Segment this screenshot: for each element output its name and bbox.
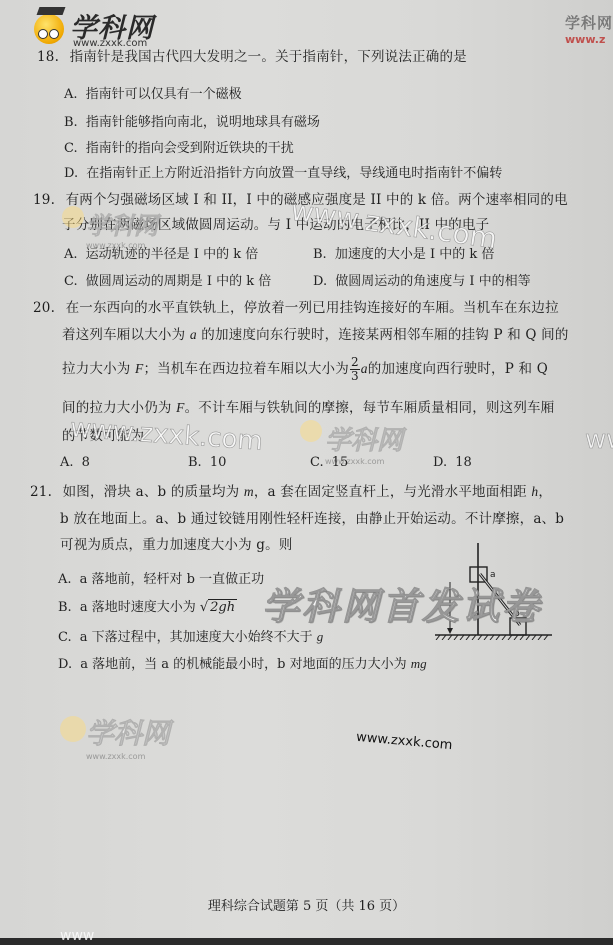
option-label: B. (188, 455, 202, 470)
q21-option-a: A. a 落地前，轻杆对 b 一直做正功 (58, 568, 264, 587)
q21-option-b: B. a 落地时速度大小为 √2gh (58, 596, 237, 615)
q18-option-a: A. 指南针可以仅具有一个磁极 (64, 83, 242, 102)
option-label: A. (58, 572, 72, 587)
graduation-cap-icon (37, 7, 66, 15)
q21-option-d: D. a 落地前，当 a 的机械能最小时，b 对地面的压力大小为 mg (58, 653, 427, 672)
variable-a: a (190, 327, 197, 342)
watermark-url-dark[interactable]: www.zxxk.com (356, 730, 453, 753)
corner-logo: 学科网 www.z (565, 12, 613, 46)
exam-page: 学科网 www.zxxk.com 学科网 www.z 18. 指南针是我国古代四… (0, 0, 613, 945)
option-label: C. (58, 630, 72, 645)
option-text: a 下落过程中，其加速度大小始终不大于 (80, 630, 313, 645)
q19-option-d: D. 做圆周运动的角速度与 I 中的相等 (313, 270, 531, 289)
option-label: C. (64, 141, 78, 156)
fraction-two-thirds: 23 (350, 356, 360, 383)
text-segment: 的加速度向西行驶时，P 和 Q (368, 361, 548, 377)
option-label: C. (310, 455, 324, 470)
variable-f: F (176, 400, 184, 415)
option-label: B. (64, 115, 78, 130)
watermark-logo-url: www.zxxk.com (325, 457, 403, 466)
watermark-banner: 学科网首发试卷 (262, 576, 542, 630)
q20-option-b: B. 10 (188, 455, 226, 470)
option-label: D. (64, 166, 78, 181)
text-segment: 如图，滑块 a、b 的质量均为 (63, 484, 240, 500)
site-logo[interactable]: 学科网 www.zxxk.com (30, 4, 180, 50)
question-18: 18. 指南针是我国古代四大发明之一。关于指南针，下列说法正确的是 (37, 48, 467, 66)
watermark-url-partial: www (585, 425, 613, 455)
option-label: D. (58, 657, 72, 672)
option-text: 18 (455, 455, 472, 470)
option-label: A. (60, 455, 74, 470)
variable-mg: mg (411, 656, 427, 671)
question-stem: 指南针是我国古代四大发明之一。关于指南针，下列说法正确的是 (70, 49, 467, 65)
question-20: 20. 在一东西向的水平直铁轨上，停放着一列已用挂钩连接好的车厢。当机车在东边拉 (33, 299, 559, 317)
question-number: 18. (37, 49, 59, 65)
option-label: D. (433, 455, 447, 470)
option-text: 在指南针正上方附近沿指针方向放置一直导线，导线通电时指南针不偏转 (86, 166, 502, 181)
question-stem-line1: 在一东西向的水平直铁轨上，停放着一列已用挂钩连接好的车厢。当机车在东边拉 (66, 300, 559, 316)
q18-option-d: D. 在指南针正上方附近沿指针方向放置一直导线，导线通电时指南针不偏转 (64, 162, 502, 181)
question-21: 21. 如图，滑块 a、b 的质量均为 m，a 套在固定竖直杆上，与光滑水平地面… (30, 483, 552, 501)
text-segment: ， (538, 484, 552, 500)
text-segment: 拉力大小为 (62, 361, 131, 377)
text-segment: ，a 套在固定竖直杆上，与光滑水平地面相距 (254, 484, 527, 500)
watermark-mascot-icon (60, 716, 86, 742)
sqrt-expression: √2gh (200, 600, 237, 615)
option-label: D. (313, 274, 327, 289)
question-20-line3: 拉力大小为 F；当机车在西边拉着车厢以大小为23a的加速度向西行驶时，P 和 Q (62, 356, 548, 383)
option-text: 指南针可以仅具有一个磁极 (86, 87, 242, 102)
q20-option-d: D. 18 (433, 455, 472, 470)
variable-m: m (244, 484, 254, 499)
page-footer: 理科综合试题第 5 页（共 16 页） (0, 895, 613, 914)
watermark-logo-name: 学科网 (325, 426, 403, 456)
text-segment: ；当机车在西边拉着车厢以大小为 (143, 361, 349, 377)
watermark-logo-name: 学科网 (86, 212, 158, 240)
question-21-line3: 可视为质点，重力加速度大小为 g。则 (60, 536, 293, 554)
fraction-denominator: 3 (350, 370, 360, 383)
watermark-mascot-icon (300, 420, 322, 442)
variable-a: a (361, 361, 368, 376)
option-text: a 落地时速度大小为 (80, 600, 196, 615)
q18-option-b: B. 指南针能够指向南北，说明地球具有磁场 (64, 111, 320, 130)
option-text: 8 (82, 455, 90, 470)
text-segment: 着这列车厢以大小为 (62, 327, 185, 343)
watermark-logo-url: www.zxxk.com (86, 752, 170, 761)
watermark-logo: 学科网 www.zxxk.com (86, 206, 158, 250)
watermark-mascot-icon (62, 206, 84, 228)
question-20-line2: 着这列车厢以大小为 a 的加速度向东行驶时，连接某两相邻车厢的挂钩 P 和 Q … (62, 326, 569, 344)
question-21-line2: b 放在地面上。a、b 通过铰链用刚性轻杆连接，由静止开始运动。不计摩擦，a、b (60, 510, 564, 528)
option-label: A. (64, 87, 78, 102)
option-label: B. (313, 247, 327, 262)
option-text: 指南针的指向会受到附近铁块的干扰 (86, 141, 294, 156)
option-text: a 落地前，轻杆对 b 一直做正功 (80, 572, 264, 587)
option-label: B. (58, 600, 72, 615)
q19-option-c: C. 做圆周运动的周期是 I 中的 k 倍 (64, 270, 271, 289)
question-number: 19. (33, 192, 55, 208)
text-segment: 的加速度向东行驶时，连接某两相邻车厢的挂钩 P 和 Q 间的 (201, 327, 568, 343)
watermark-logo: 学科网 www.zxxk.com (86, 712, 170, 761)
question-20-line4: 间的拉力大小仍为 F。不计车厢与铁轨间的摩擦，每节车厢质量相同，则这列车厢 (62, 399, 554, 417)
q20-option-a: A. 8 (60, 455, 90, 470)
text-segment: 。不计车厢与铁轨间的摩擦，每节车厢质量相同，则这列车厢 (185, 400, 555, 416)
watermark-logo-url: www.zxxk.com (86, 241, 158, 250)
question-number: 21. (30, 484, 52, 500)
corner-logo-name: 学科网 (565, 12, 613, 33)
q18-option-c: C. 指南针的指向会受到附近铁块的干扰 (64, 137, 294, 156)
radicand: 2gh (208, 599, 237, 615)
option-text: 指南针能够指向南北，说明地球具有磁场 (86, 115, 320, 130)
variable-g: g (317, 629, 324, 644)
glasses-icon (38, 24, 60, 32)
watermark-url-partial: www (60, 928, 94, 944)
option-text: 做圆周运动的角速度与 I 中的相等 (335, 274, 530, 289)
question-number: 20. (33, 300, 55, 316)
corner-logo-url: www.z (565, 33, 613, 46)
watermark-url: www.zxxk.com (69, 413, 264, 456)
option-text: 做圆周运动的周期是 I 中的 k 倍 (86, 274, 272, 289)
watermark-logo-name: 学科网 (86, 717, 170, 750)
watermark-logo: 学科网 www.zxxk.com (325, 420, 403, 466)
option-label: C. (64, 274, 78, 289)
fraction-numerator: 2 (350, 356, 360, 370)
option-text: a 落地前，当 a 的机械能最小时，b 对地面的压力大小为 (80, 657, 406, 672)
option-label: A. (64, 247, 78, 262)
option-text: 10 (210, 455, 227, 470)
